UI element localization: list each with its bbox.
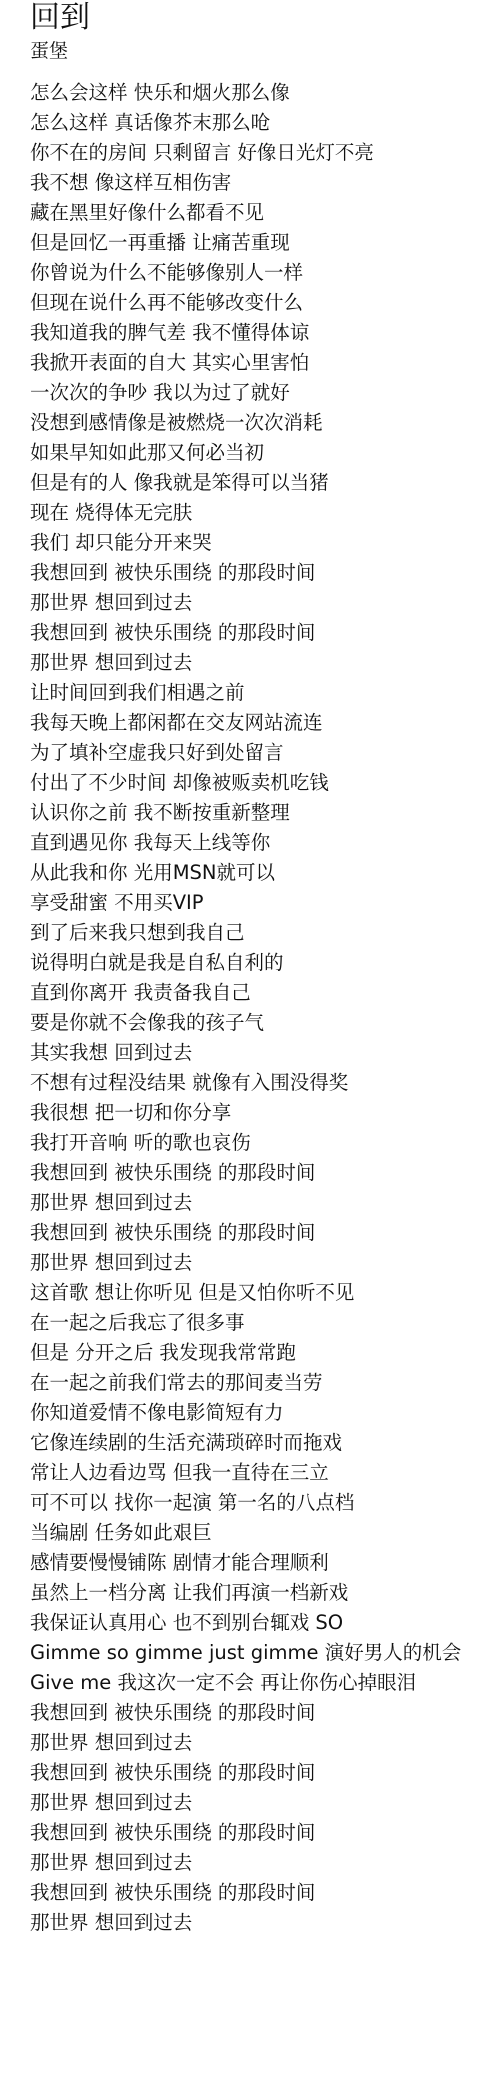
lyric-line: 我想回到 被快乐围绕 的那段时间 bbox=[30, 1218, 461, 1248]
lyric-line: 认识你之前 我不断按重新整理 bbox=[30, 798, 461, 828]
lyric-line: 那世界 想回到过去 bbox=[30, 1788, 461, 1818]
lyric-line: 为了填补空虚我只好到处留言 bbox=[30, 738, 461, 768]
lyric-line: 感情要慢慢铺陈 剧情才能合理顺利 bbox=[30, 1548, 461, 1578]
lyric-line: 常让人边看边骂 但我一直待在三立 bbox=[30, 1458, 461, 1488]
lyric-line: 可不可以 找你一起演 第一名的八点档 bbox=[30, 1488, 461, 1518]
lyric-line: 现在 烧得体无完肤 bbox=[30, 498, 461, 528]
lyric-line: 到了后来我只想到我自己 bbox=[30, 918, 461, 948]
lyric-line: 说得明白就是我是自私自利的 bbox=[30, 948, 461, 978]
lyric-line: 它像连续剧的生活充满琐碎时而拖戏 bbox=[30, 1428, 461, 1458]
lyric-line: 我想回到 被快乐围绕 的那段时间 bbox=[30, 1698, 461, 1728]
lyric-line: 你知道爱情不像电影简短有力 bbox=[30, 1398, 461, 1428]
lyric-line: 直到遇见你 我每天上线等你 bbox=[30, 828, 461, 858]
lyric-line: 但是 分开之后 我发现我常常跑 bbox=[30, 1338, 461, 1368]
lyric-line: 一次次的争吵 我以为过了就好 bbox=[30, 378, 461, 408]
lyric-line: 虽然上一档分离 让我们再演一档新戏 bbox=[30, 1578, 461, 1608]
lyric-line: 不想有过程没结果 就像有入围没得奖 bbox=[30, 1068, 461, 1098]
lyric-line: 其实我想 回到过去 bbox=[30, 1038, 461, 1068]
lyric-line: 让时间回到我们相遇之前 bbox=[30, 678, 461, 708]
lyric-line: 我想回到 被快乐围绕 的那段时间 bbox=[30, 1158, 461, 1188]
lyrics-list: 怎么会这样 快乐和烟火那么像怎么这样 真话像芥末那么呛你不在的房间 只剩留言 好… bbox=[30, 78, 461, 1938]
lyric-line: 藏在黑里好像什么都看不见 bbox=[30, 198, 461, 228]
lyric-line: 直到你离开 我责备我自己 bbox=[30, 978, 461, 1008]
lyric-line: 我掀开表面的自大 其实心里害怕 bbox=[30, 348, 461, 378]
lyric-line: 我知道我的脾气差 我不懂得体谅 bbox=[30, 318, 461, 348]
lyric-line: 在一起之后我忘了很多事 bbox=[30, 1308, 461, 1338]
lyric-line: 我想回到 被快乐围绕 的那段时间 bbox=[30, 558, 461, 588]
lyric-line: 那世界 想回到过去 bbox=[30, 1188, 461, 1218]
lyric-line: 这首歌 想让你听见 但是又怕你听不见 bbox=[30, 1278, 461, 1308]
lyric-line: 但是回忆一再重播 让痛苦重现 bbox=[30, 228, 461, 258]
lyric-line: 我很想 把一切和你分享 bbox=[30, 1098, 461, 1128]
lyric-line: 我每天晚上都闲都在交友网站流连 bbox=[30, 708, 461, 738]
lyric-line: 怎么会这样 快乐和烟火那么像 bbox=[30, 78, 461, 108]
lyric-line: 付出了不少时间 却像被贩卖机吃钱 bbox=[30, 768, 461, 798]
lyric-line: 那世界 想回到过去 bbox=[30, 588, 461, 618]
lyric-line: 怎么这样 真话像芥末那么呛 bbox=[30, 108, 461, 138]
lyric-line: 我打开音响 听的歌也哀伤 bbox=[30, 1128, 461, 1158]
lyric-line: 在一起之前我们常去的那间麦当劳 bbox=[30, 1368, 461, 1398]
lyric-line: 当编剧 任务如此艰巨 bbox=[30, 1518, 461, 1548]
song-title: 回到 bbox=[30, 0, 90, 36]
lyric-line: 我想回到 被快乐围绕 的那段时间 bbox=[30, 1878, 461, 1908]
lyric-line: 没想到感情像是被燃烧一次次消耗 bbox=[30, 408, 461, 438]
lyric-line: 那世界 想回到过去 bbox=[30, 1728, 461, 1758]
lyric-line: 你曾说为什么不能够像别人一样 bbox=[30, 258, 461, 288]
lyric-line: 我想回到 被快乐围绕 的那段时间 bbox=[30, 1758, 461, 1788]
lyric-line: 那世界 想回到过去 bbox=[30, 1248, 461, 1278]
lyric-line: 但是有的人 像我就是笨得可以当猪 bbox=[30, 468, 461, 498]
lyric-line: 那世界 想回到过去 bbox=[30, 1848, 461, 1878]
lyric-line: 那世界 想回到过去 bbox=[30, 1908, 461, 1938]
lyric-line: 从此我和你 光用MSN就可以 bbox=[30, 858, 461, 888]
lyric-line: 享受甜蜜 不用买VIP bbox=[30, 888, 461, 918]
lyric-line: 我不想 像这样互相伤害 bbox=[30, 168, 461, 198]
lyric-line: 如果早知如此那又何必当初 bbox=[30, 438, 461, 468]
artist-name: 蛋堡 bbox=[30, 38, 68, 64]
lyric-line: 你不在的房间 只剩留言 好像日光灯不亮 bbox=[30, 138, 461, 168]
lyric-line: 要是你就不会像我的孩子气 bbox=[30, 1008, 461, 1038]
lyric-line: 那世界 想回到过去 bbox=[30, 648, 461, 678]
lyric-line: 我保证认真用心 也不到别台辄戏 SO bbox=[30, 1608, 461, 1638]
lyric-line: Gimme so gimme just gimme 演好男人的机会 bbox=[30, 1638, 461, 1668]
lyric-line: 我想回到 被快乐围绕 的那段时间 bbox=[30, 618, 461, 648]
lyric-line: 我想回到 被快乐围绕 的那段时间 bbox=[30, 1818, 461, 1848]
lyric-line: Give me 我这次一定不会 再让你伤心掉眼泪 bbox=[30, 1668, 461, 1698]
lyric-line: 但现在说什么再不能够改变什么 bbox=[30, 288, 461, 318]
lyric-line: 我们 却只能分开来哭 bbox=[30, 528, 461, 558]
